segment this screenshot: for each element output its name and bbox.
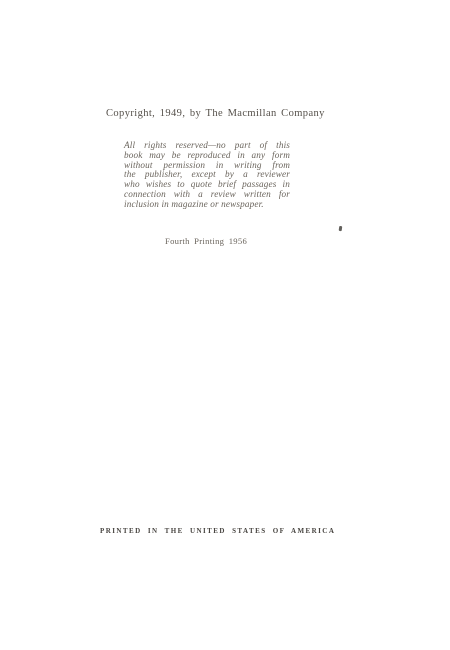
rights-notice-line: inclusion in magazine or newspaper. [124, 200, 290, 210]
book-copyright-page: Copyright, 1949, by The Macmillan Compan… [0, 0, 450, 650]
rights-notice: All rights reserved—no part of this book… [124, 141, 290, 210]
copyright-line: Copyright, 1949, by The Macmillan Compan… [106, 108, 320, 119]
printing-edition-line: Fourth Printing 1956 [165, 236, 247, 246]
printed-in-country-line: PRINTED IN THE UNITED STATES OF AMERICA [100, 527, 335, 535]
ink-speck [339, 226, 342, 231]
